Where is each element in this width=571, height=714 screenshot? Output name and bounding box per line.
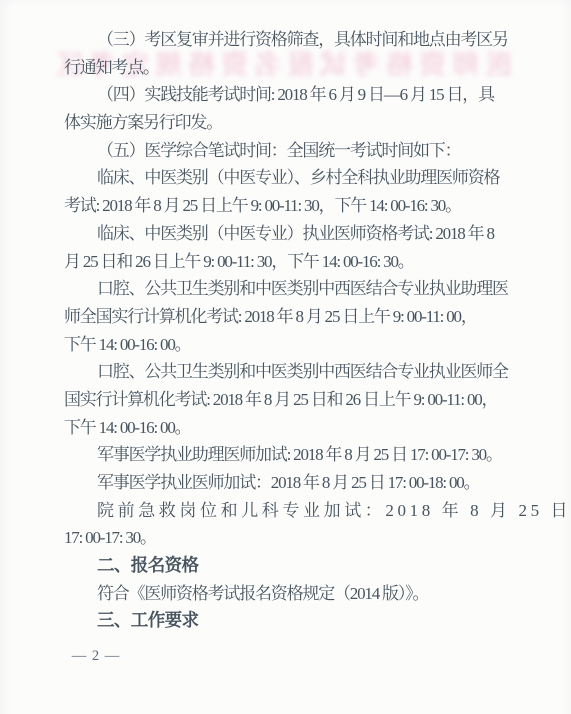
text-line: （五）医学综合笔试时间：全国统一考试时间如下：	[64, 137, 510, 165]
text-line: （三）考区复审并进行资格筛查，具体时间和地点由考区另	[64, 26, 510, 54]
text-line: 临床、中医类别（中医专业）、乡村全科执业助理医师资格	[64, 164, 510, 192]
text-line: 下午 14: 00-16: 00。	[64, 331, 510, 359]
scanned-document-page: 医师资格考试报名资格规定考区 （三）考区复审并进行资格筛查，具体时间和地点由考区…	[0, 0, 571, 714]
text-line: 口腔、公共卫生类别和中医类别中西医结合专业执业助理医	[64, 275, 510, 303]
page-number: — 2 —	[56, 648, 136, 665]
text-line: 17: 00-17: 30。	[64, 524, 510, 552]
text-line: 体实施方案另行印发。	[64, 109, 510, 137]
text-line: 院前急救岗位和儿科专业加试：2018 年 8 月 25 日	[64, 497, 510, 525]
text-line: 考试: 2018 年 8 月 25 日上午 9: 00-11: 30，下午 14…	[64, 192, 510, 220]
section-heading-registration-qualification: 二、报名资格	[64, 552, 510, 580]
text-line: 师全国实行计算机化考试: 2018 年 8 月 25 日上午 9: 00-11:…	[64, 303, 510, 331]
text-line: 口腔、公共卫生类别和中医类别中西医结合专业执业医师全	[64, 358, 510, 386]
section-heading-work-requirements: 三、工作要求	[64, 607, 510, 635]
text-line: 行通知考点。	[64, 54, 510, 82]
text-line: 月 25 日和 26 日上午 9: 00-11: 30，下午 14: 00-16…	[64, 248, 510, 276]
text-line: 国实行计算机化考试: 2018 年 8 月 25 日和 26 日上午 9: 00…	[64, 386, 510, 414]
text-line: （四）实践技能考试时间: 2018 年 6 月 9 日—6 月 15 日，具	[64, 81, 510, 109]
text-line: 下午 14: 00-16: 00。	[64, 414, 510, 442]
text-line: 军事医学执业助理医师加试: 2018 年 8 月 25 日 17: 00-17:…	[64, 441, 510, 469]
document-body: （三）考区复审并进行资格筛查，具体时间和地点由考区另 行通知考点。 （四）实践技…	[64, 26, 510, 635]
text-line: 临床、中医类别（中医专业）执业医师资格考试: 2018 年 8	[64, 220, 510, 248]
text-line: 军事医学执业医师加试：2018 年 8 月 25 日 17: 00-18: 00…	[64, 469, 510, 497]
text-line: 符合《医师资格考试报名资格规定（2014 版）》。	[64, 580, 510, 608]
